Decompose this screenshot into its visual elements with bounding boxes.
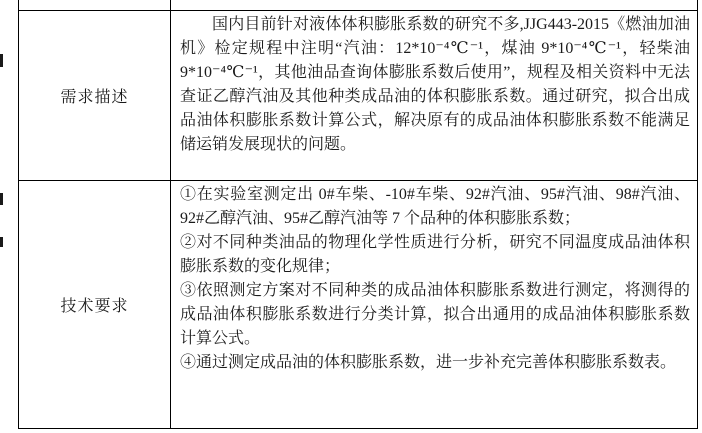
row-label-cell: 需求描述 [19,11,171,180]
row-content-cell: 国内目前针对液体体积膨胀系数的研究不多,JJG443-2015《燃油加油机》检定… [171,11,697,180]
clipped-text-fragment [0,237,3,247]
clipped-text-fragment [0,54,3,67]
row-label-cell: 技术要求 [19,181,171,428]
row-label-cell [19,0,171,10]
row-content-cell: ①在实验室测定出 0#车柴、-10#车柴、92#汽油、95#汽油、98#汽油、9… [171,181,697,428]
paragraph: 国内目前针对液体体积膨胀系数的研究不多,JJG443-2015《燃油加油机》检定… [180,13,690,157]
paragraph: ①在实验室测定出 0#车柴、-10#车柴、92#汽油、95#汽油、98#汽油、9… [180,183,690,231]
document-page: 需求描述 国内目前针对液体体积膨胀系数的研究不多,JJG443-2015《燃油加… [0,0,702,433]
table-row: 需求描述 国内目前针对液体体积膨胀系数的研究不多,JJG443-2015《燃油加… [19,10,697,180]
paragraph: ④通过测定成品油的体积膨胀系数，进一步补充完善体积膨胀系数表。 [180,351,690,375]
row-content-cell [171,0,697,10]
row-label: 需求描述 [60,84,128,107]
table-row-clipped [19,0,697,10]
paragraph: ③依照测定方案对不同种类的成品油体积膨胀系数进行测定，将测得的成品油体积膨胀系数… [180,279,690,351]
table-row: 技术要求 ①在实验室测定出 0#车柴、-10#车柴、92#汽油、95#汽油、98… [19,180,697,428]
clipped-text-fragment [0,193,3,205]
row-label: 技术要求 [60,293,128,316]
requirements-table: 需求描述 国内目前针对液体体积膨胀系数的研究不多,JJG443-2015《燃油加… [18,0,698,429]
paragraph: ②对不同种类油品的物理化学性质进行分析，研究不同温度成品油体积膨胀系数的变化规律… [180,231,690,279]
